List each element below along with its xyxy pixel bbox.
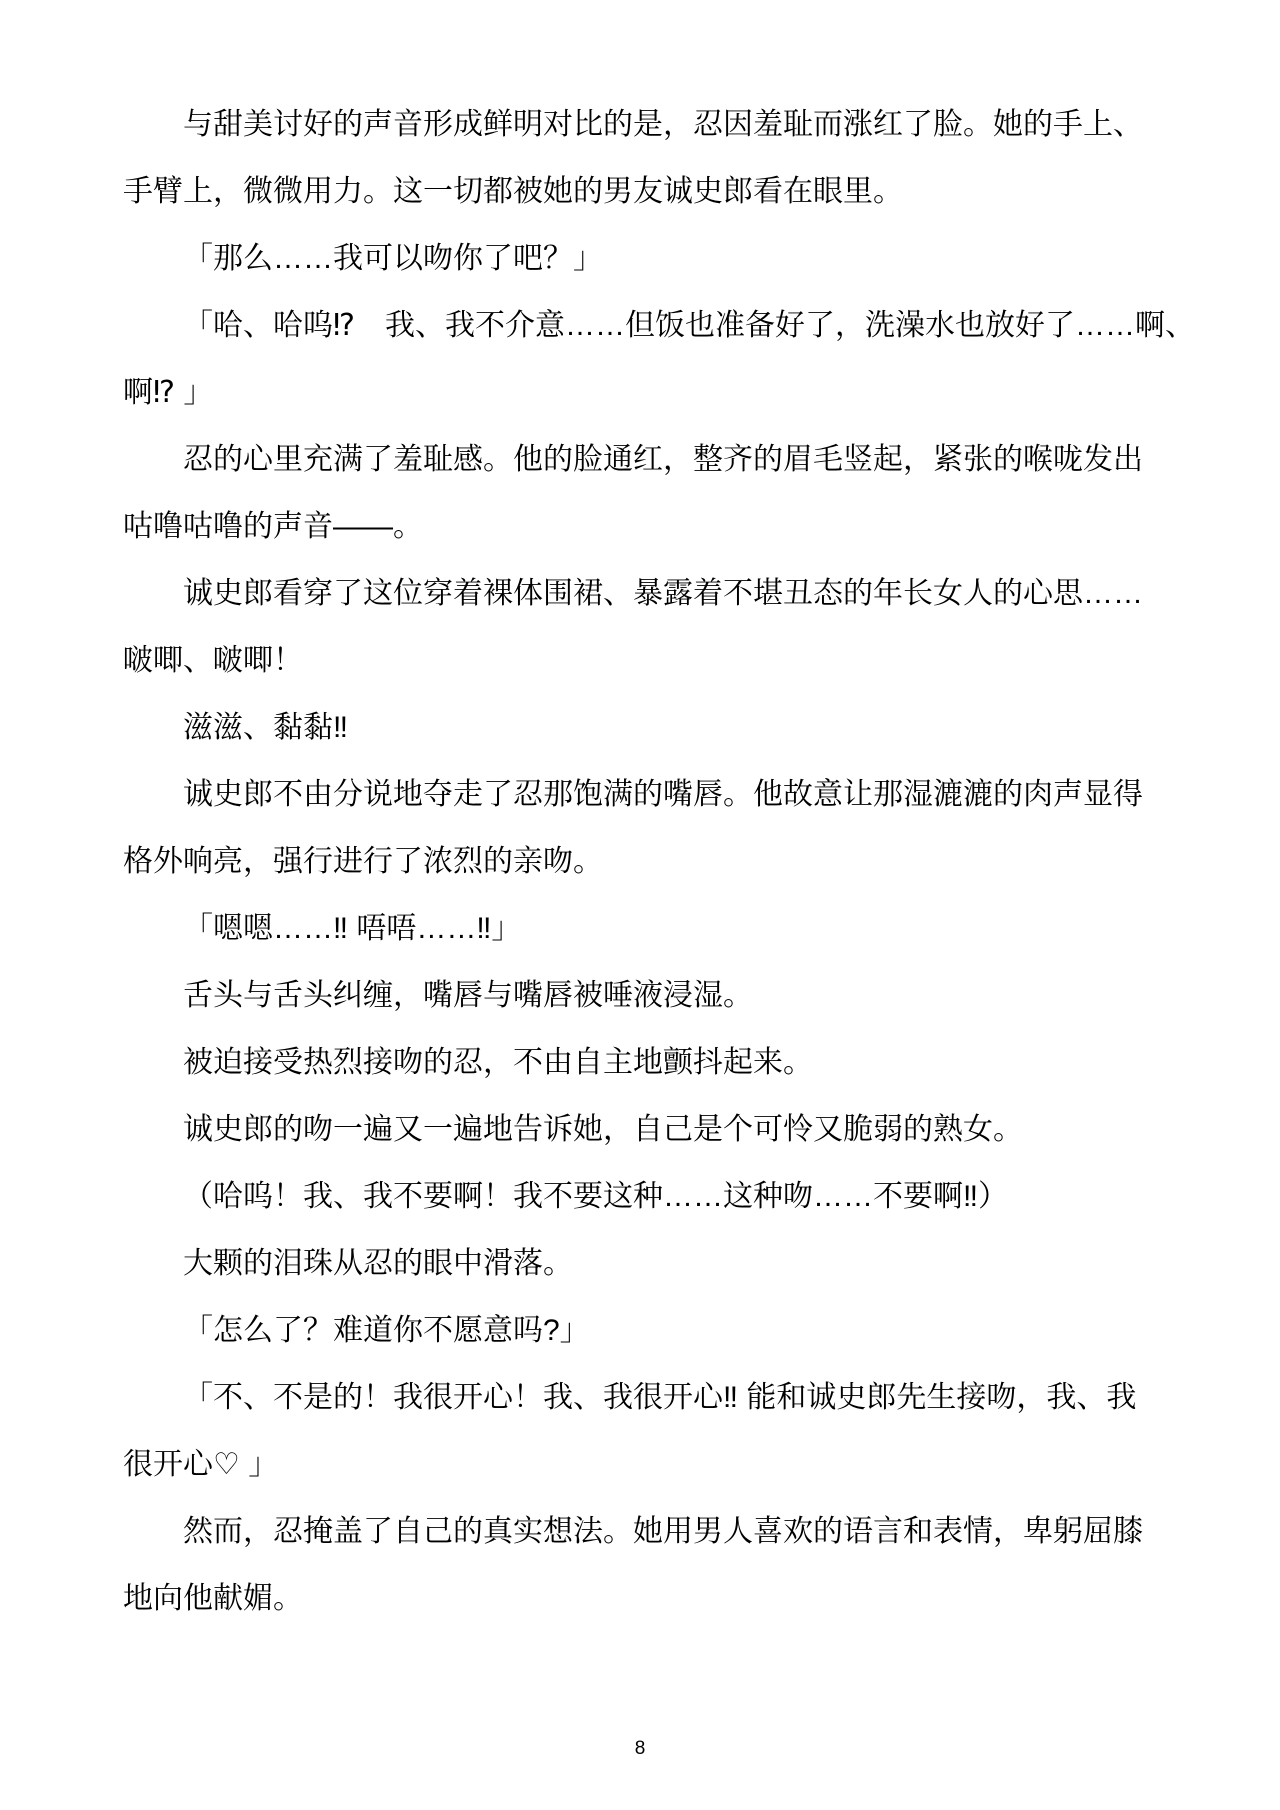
text-line: 诚史郎不由分说地夺走了忍那饱满的嘴唇。他故意让那湿漉漉的肉声显得: [123, 761, 1163, 828]
text-line: 啊⁉ 」: [123, 359, 1163, 426]
page-number: 8: [0, 1738, 1280, 1760]
text-line: 「不、不是的！我很开心！我、我很开心‼ 能和诚史郎先生接吻，我、我: [123, 1364, 1163, 1431]
text-line: 格外响亮，强行进行了浓烈的亲吻。: [123, 828, 1163, 895]
text-line: 啵唧、啵唧！: [123, 627, 1163, 694]
text-line: 咕噜咕噜的声音——。: [123, 493, 1163, 560]
text-line: 「哈、哈呜⁉ 我、我不介意……但饭也准备好了，洗澡水也放好了……啊、: [123, 292, 1163, 359]
text-block: 与甜美讨好的声音形成鲜明对比的是，忍因羞耻而涨红了脸。她的手上、手臂上，微微用力…: [123, 91, 1163, 1632]
text-line: 与甜美讨好的声音形成鲜明对比的是，忍因羞耻而涨红了脸。她的手上、: [123, 91, 1163, 158]
text-line: 地向他献媚。: [123, 1565, 1163, 1632]
text-line: 「嗯嗯……‼ 唔唔……‼」: [123, 895, 1163, 962]
text-line: 诚史郎的吻一遍又一遍地告诉她，自己是个可怜又脆弱的熟女。: [123, 1096, 1163, 1163]
text-line: 被迫接受热烈接吻的忍，不由自主地颤抖起来。: [123, 1029, 1163, 1096]
text-line: 忍的心里充满了羞耻感。他的脸通红，整齐的眉毛竖起，紧张的喉咙发出: [123, 426, 1163, 493]
document-page: 与甜美讨好的声音形成鲜明对比的是，忍因羞耻而涨红了脸。她的手上、手臂上，微微用力…: [0, 0, 1280, 1810]
text-line: 很开心♡ 」: [123, 1431, 1163, 1498]
text-line: 「怎么了？难道你不愿意吗?」: [123, 1297, 1163, 1364]
text-line: 然而，忍掩盖了自己的真实想法。她用男人喜欢的语言和表情，卑躬屈膝: [123, 1498, 1163, 1565]
text-line: 「那么……我可以吻你了吧？」: [123, 225, 1163, 292]
text-line: 大颗的泪珠从忍的眼中滑落。: [123, 1230, 1163, 1297]
text-line: 诚史郎看穿了这位穿着裸体围裙、暴露着不堪丑态的年长女人的心思……: [123, 560, 1163, 627]
text-line: 舌头与舌头纠缠，嘴唇与嘴唇被唾液浸湿。: [123, 962, 1163, 1029]
text-line: 手臂上，微微用力。这一切都被她的男友诚史郎看在眼里。: [123, 158, 1163, 225]
text-line: 滋滋、黏黏‼: [123, 694, 1163, 761]
text-line: （哈呜！我、我不要啊！我不要这种……这种吻……不要啊‼）: [123, 1163, 1163, 1230]
